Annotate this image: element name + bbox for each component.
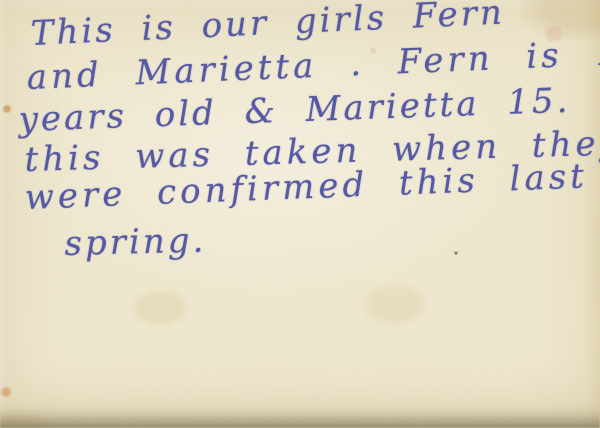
card-bottom-edge-shadow <box>0 406 600 428</box>
photo-back-card: This is our girls Fern and Marietta . Fe… <box>0 0 600 428</box>
handwritten-note: This is our girls Fern and Marietta . Fe… <box>0 0 600 428</box>
handwritten-line: spring. <box>64 221 207 264</box>
